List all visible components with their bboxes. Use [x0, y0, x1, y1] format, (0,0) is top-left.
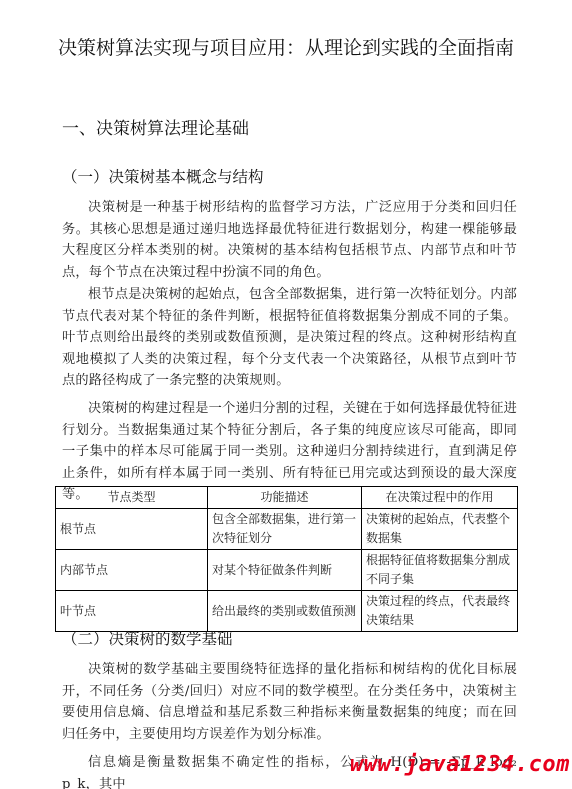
table-header-cell: 功能描述 [208, 487, 362, 509]
section-heading-1: 一、决策树算法理论基础 [62, 117, 249, 141]
table-row: 叶节点 给出最终的类别或数值预测 决策过程的终点，代表最终决策结果 [56, 591, 518, 632]
paragraph-1: 决策树是一种基于树形结构的监督学习方法，广泛应用于分类和回归任务。其核心思想是通… [62, 197, 517, 283]
table-row: 内部节点 对某个特征做条件判断 根据特征值将数据集分割成不同子集 [56, 550, 518, 591]
table-cell: 决策树的起始点，代表整个数据集 [362, 509, 518, 550]
table-cell: 内部节点 [56, 550, 208, 591]
table-cell: 包含全部数据集，进行第一次特征划分 [208, 509, 362, 550]
table-cell: 决策过程的终点，代表最终决策结果 [362, 591, 518, 632]
table-header-cell: 在决策过程中的作用 [362, 487, 518, 509]
document-title: 决策树算法实现与项目应用：从理论到实践的全面指南 [40, 32, 532, 64]
table-header-row: 节点类型 功能描述 在决策过程中的作用 [56, 487, 518, 509]
table-header-cell: 节点类型 [56, 487, 208, 509]
subsection-heading-1: （一）决策树基本概念与结构 [62, 166, 264, 188]
subsection-heading-2: （二）决策树的数学基础 [62, 628, 233, 650]
node-types-table: 节点类型 功能描述 在决策过程中的作用 根节点 包含全部数据集，进行第一次特征划… [55, 486, 518, 632]
watermark: www.java1234.com [350, 752, 570, 777]
paragraph-4: 决策树的数学基础主要围绕特征选择的量化指标和树结构的优化目标展开，不同任务（分类… [62, 659, 517, 745]
table-cell: 根节点 [56, 509, 208, 550]
table-cell: 叶节点 [56, 591, 208, 632]
paragraph-2: 根节点是决策树的起始点，包含全部数据集，进行第一次特征划分。内部节点代表对某个特… [62, 284, 517, 392]
table-cell: 对某个特征做条件判断 [208, 550, 362, 591]
table-row: 根节点 包含全部数据集，进行第一次特征划分 决策树的起始点，代表整个数据集 [56, 509, 518, 550]
document-page: 决策树算法实现与项目应用：从理论到实践的全面指南 一、决策树算法理论基础 （一）… [0, 0, 572, 789]
table-cell: 根据特征值将数据集分割成不同子集 [362, 550, 518, 591]
table-cell: 给出最终的类别或数值预测 [208, 591, 362, 632]
